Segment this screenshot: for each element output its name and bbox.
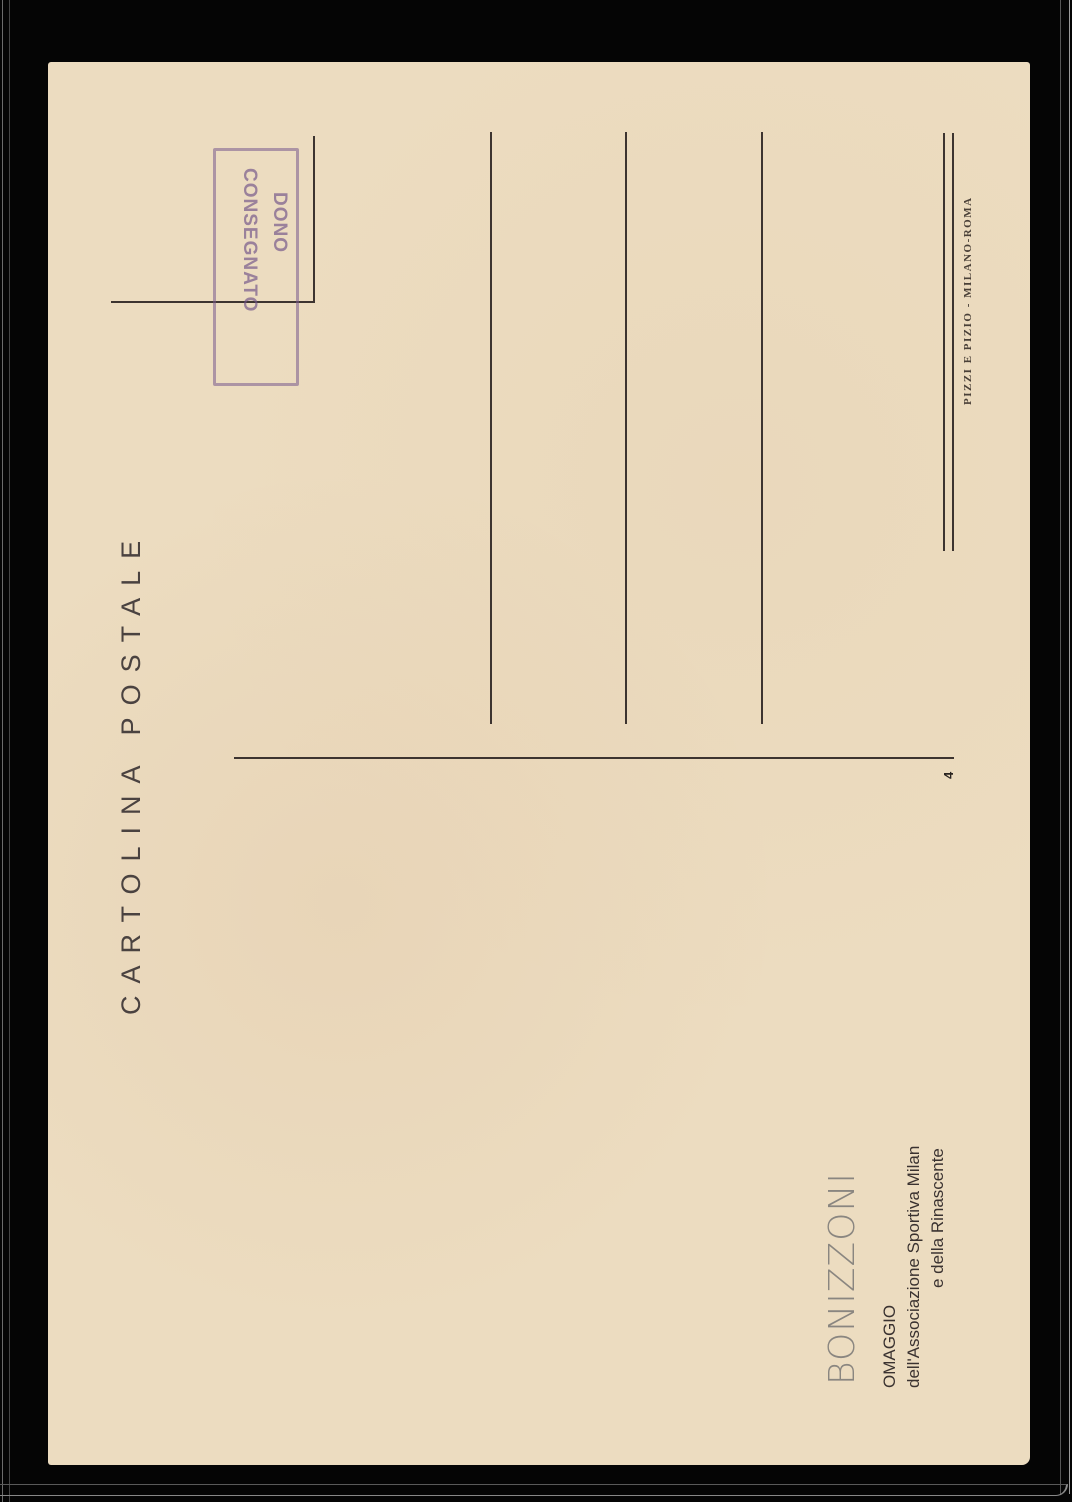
dedication-line-2: dell'Associazione Sportiva Milan [902,1068,926,1388]
printer-rule-1 [943,133,945,551]
printer-imprint: PIZZI E PIZIO - MILANO-ROMA [962,196,974,405]
postcard-title: CARTOLINA POSTALE [116,529,147,1015]
divider-line [234,757,954,759]
sleeve-edge-right [1060,0,1070,1494]
handwritten-name: BONIZZONI [822,1172,863,1385]
address-line-2 [625,132,627,724]
dedication-line-1: OMAGGIO [878,1068,902,1388]
sleeve-edge-left [2,0,10,1502]
dedication: OMAGGIO dell'Associazione Sportiva Milan… [878,1068,950,1388]
dedication-line-3: e della Rinascente [926,1068,950,1388]
stamp-area-vertical-line [313,136,315,302]
rubber-stamp-line2: DONO [268,192,290,253]
printer-rule-2 [952,133,954,551]
rubber-stamp-line1: CONSEGNATO [238,168,260,312]
sleeve-edge-bottom [0,1484,1068,1496]
address-line-1 [490,132,492,724]
address-line-3 [761,132,763,724]
card-number: 4 [941,772,956,779]
